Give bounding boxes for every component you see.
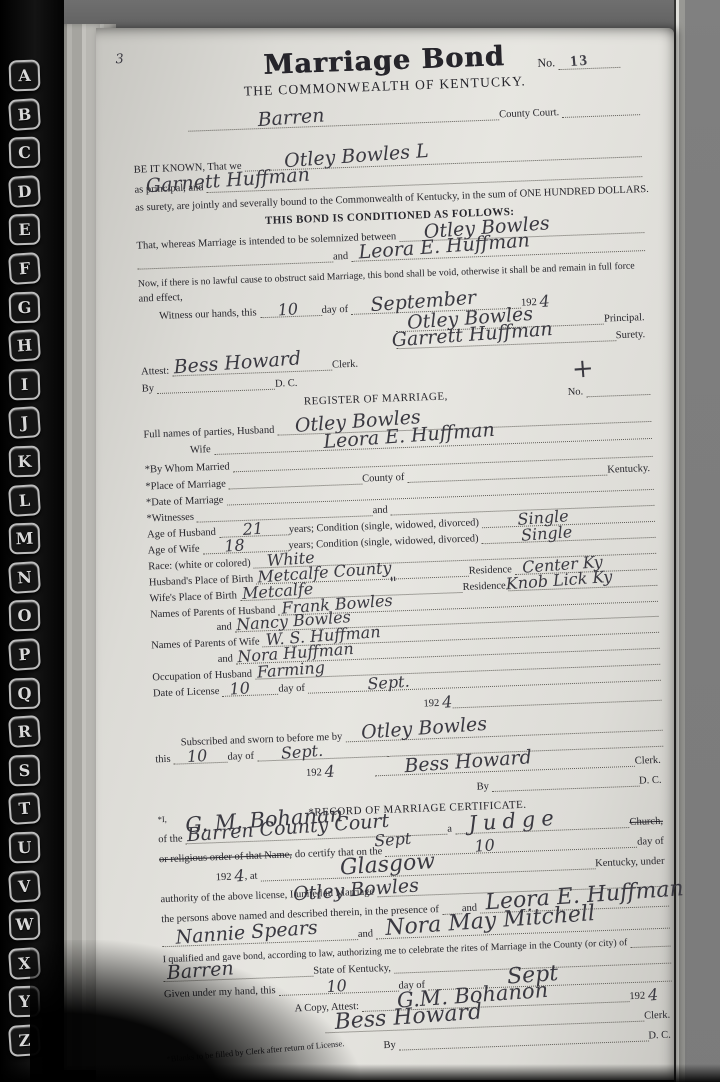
- spacer: [447, 379, 568, 402]
- blank-line: [452, 686, 661, 709]
- county-handwritten: Barren: [257, 104, 325, 131]
- spacer: [334, 757, 375, 777]
- photo-of-record-book: ABCDEFGHIJKLMNOPQRSTUVWXYZ as pas sanAtB…: [0, 0, 720, 1082]
- footnote: *Blanks to be filled by Clerk after retu…: [166, 1038, 348, 1064]
- printed-label: and: [333, 251, 352, 263]
- printed-label: and: [218, 653, 237, 665]
- printed-label: Witness our hands, this: [159, 307, 260, 322]
- county-court-label: County Court.: [499, 107, 562, 120]
- bond-day-handwritten: 10: [277, 299, 299, 319]
- spine-tab-U: U: [8, 831, 40, 863]
- blank-line: 10: [259, 297, 322, 318]
- spine-tab-J: J: [8, 406, 41, 439]
- printed-label: day of: [278, 683, 308, 695]
- printed-label: No.: [537, 55, 558, 70]
- spine-tab-Z: Z: [8, 1024, 41, 1057]
- blank-line: 10: [222, 678, 279, 697]
- spine-tab-T: T: [8, 792, 41, 825]
- printed-label: By: [383, 1040, 399, 1052]
- spine-tab-K: K: [8, 445, 40, 477]
- county-court-row: Barren County Court.: [188, 95, 640, 132]
- printed-label: By: [142, 383, 158, 395]
- printed-label: this: [155, 754, 174, 766]
- book-spine: ABCDEFGHIJKLMNOPQRSTUVWXYZ: [0, 0, 64, 1082]
- spine-tab-G: G: [8, 291, 40, 323]
- spine-tab-W: W: [8, 909, 40, 941]
- spine-tab-R: R: [8, 715, 41, 748]
- spine-tab-P: P: [8, 638, 41, 671]
- printed-label: day of: [321, 304, 351, 316]
- spine-tab-D: D: [8, 175, 41, 208]
- marriage-bond-page: 3 Marriage Bond No.13 THE COMMONWEALTH O…: [96, 28, 674, 1080]
- spine-tab-Y: Y: [8, 986, 40, 1018]
- blank-line: Barren: [188, 99, 500, 131]
- printed-label: By: [476, 781, 492, 793]
- book-right-edge: [674, 0, 720, 1082]
- blank-line: 10: [173, 746, 228, 765]
- ditto-mark: ": [389, 573, 398, 592]
- spine-tab-S: S: [8, 754, 40, 786]
- license-day-value: 10: [229, 678, 251, 698]
- printed-label: and: [372, 505, 391, 517]
- printed-label: D. C.: [648, 1030, 674, 1042]
- blank-line: [586, 375, 651, 397]
- spine-tab-M: M: [8, 523, 40, 555]
- spine-tab-A: A: [8, 59, 40, 91]
- printed-label: 192: [306, 767, 325, 779]
- license-year-value: 4: [441, 692, 453, 712]
- register-heading: REGISTER OF MARRIAGE,: [304, 390, 448, 407]
- blank-line: [562, 94, 640, 118]
- handwritten-page-number: 3: [115, 52, 124, 68]
- spacer: [159, 863, 216, 885]
- spacer: [658, 982, 673, 1002]
- spine-tab-N: N: [8, 561, 41, 594]
- certificate-month-handwritten: Sept: [374, 829, 412, 851]
- spine-tab-F: F: [8, 252, 41, 285]
- spine-tab-Q: Q: [8, 677, 40, 709]
- printed-label: 192: [423, 698, 442, 710]
- bottom-vignette: [0, 1064, 720, 1082]
- spacer: [347, 1031, 384, 1052]
- spine-tab-X: X: [8, 947, 41, 980]
- license-month-value: Sept.: [367, 672, 410, 694]
- spine-tab-H: H: [8, 329, 41, 362]
- spacer: [153, 695, 423, 719]
- printed-label: Wife: [190, 444, 214, 456]
- spine-tab-L: L: [8, 484, 41, 517]
- form-content: 3 Marriage Bond No.13 THE COMMONWEALTH O…: [85, 19, 682, 1061]
- printed-label: and: [358, 928, 377, 940]
- printed-label: , at: [244, 871, 260, 883]
- printed-label: 192: [216, 872, 235, 884]
- printed-label: *I,: [157, 814, 170, 824]
- spine-tab-O: O: [8, 600, 40, 632]
- printed-label: Date of License: [153, 686, 223, 700]
- spine-tab-V: V: [8, 870, 41, 903]
- spine-tab-E: E: [8, 214, 40, 246]
- printed-label: No.: [568, 386, 587, 398]
- printed-label: and: [216, 621, 235, 633]
- spine-tab-C: C: [8, 137, 40, 169]
- spine-tab-B: B: [8, 98, 41, 131]
- spine-tab-I: I: [8, 368, 40, 400]
